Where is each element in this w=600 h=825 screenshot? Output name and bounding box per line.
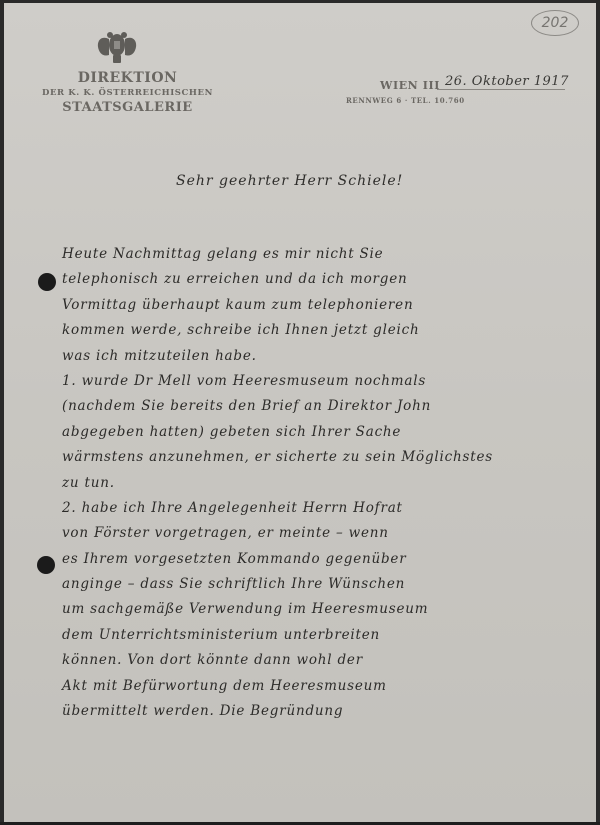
body-line: wärmstens anzunehmen, er sicherte zu sei… xyxy=(62,449,582,474)
body-line: können. Von dort könnte dann wohl der xyxy=(62,652,582,677)
body-line: es Ihrem vorgesetzten Kommando gegenüber xyxy=(62,551,582,576)
salutation: Sehr geehrter Herr Schiele! xyxy=(176,173,403,189)
body-line: abgegeben hatten) gebeten sich Ihrer Sac… xyxy=(62,424,582,449)
body-line: Akt mit Befürwortung dem Heeresmuseum xyxy=(62,678,582,703)
body-line: Heute Nachmittag gelang es mir nicht Sie xyxy=(62,246,582,271)
punch-hole-icon xyxy=(38,273,56,291)
punch-hole-icon xyxy=(37,556,55,574)
body-line: dem Unterrichtsministerium unterbreiten xyxy=(62,627,582,652)
letterhead-institution: DIREKTION DER K. K. ÖSTERREICHISCHEN STA… xyxy=(20,70,235,116)
body-line: zu tun. xyxy=(62,475,582,500)
double-headed-eagle-crest-icon xyxy=(95,31,139,65)
body-line: von Förster vorgetragen, er meinte – wen… xyxy=(62,525,582,550)
letterhead-city: WIEN III xyxy=(380,79,440,92)
body-line: übermittelt werden. Die Begründung xyxy=(62,703,582,728)
body-line: was ich mitzuteilen habe. xyxy=(62,348,582,373)
body-line: um sachgemäße Verwendung im Heeresmuseum xyxy=(62,601,582,626)
letter-body: Heute Nachmittag gelang es mir nicht Sie… xyxy=(62,246,582,728)
letterhead-subtitle: DER K. K. ÖSTERREICHISCHEN xyxy=(20,86,235,100)
body-line: 1. wurde Dr Mell vom Heeresmuseum nochma… xyxy=(62,373,582,398)
letterhead-direktion: DIREKTION xyxy=(20,70,235,86)
body-line: anginge – dass Sie schriftlich Ihre Wüns… xyxy=(62,576,582,601)
letterhead-staatsgalerie: STAATSGALERIE xyxy=(20,100,235,116)
letterhead-address: RENNWEG 6 · TEL. 10.760 xyxy=(346,96,465,105)
letterhead: DIREKTION DER K. K. ÖSTERREICHISCHEN STA… xyxy=(0,0,600,120)
body-line: telephonisch zu erreichen und da ich mor… xyxy=(62,271,582,296)
body-line: Vormittag überhaupt kaum zum telephonier… xyxy=(62,297,582,322)
date-underline xyxy=(437,89,565,90)
body-line: 2. habe ich Ihre Angelegenheit Herrn Hof… xyxy=(62,500,582,525)
archive-number-stamp: 202 xyxy=(531,10,579,36)
body-line: (nachdem Sie bereits den Brief an Direkt… xyxy=(62,398,582,423)
handwritten-date: 26. Oktober 1917 xyxy=(445,74,569,89)
body-line: kommen werde, schreibe ich Ihnen jetzt g… xyxy=(62,322,582,347)
